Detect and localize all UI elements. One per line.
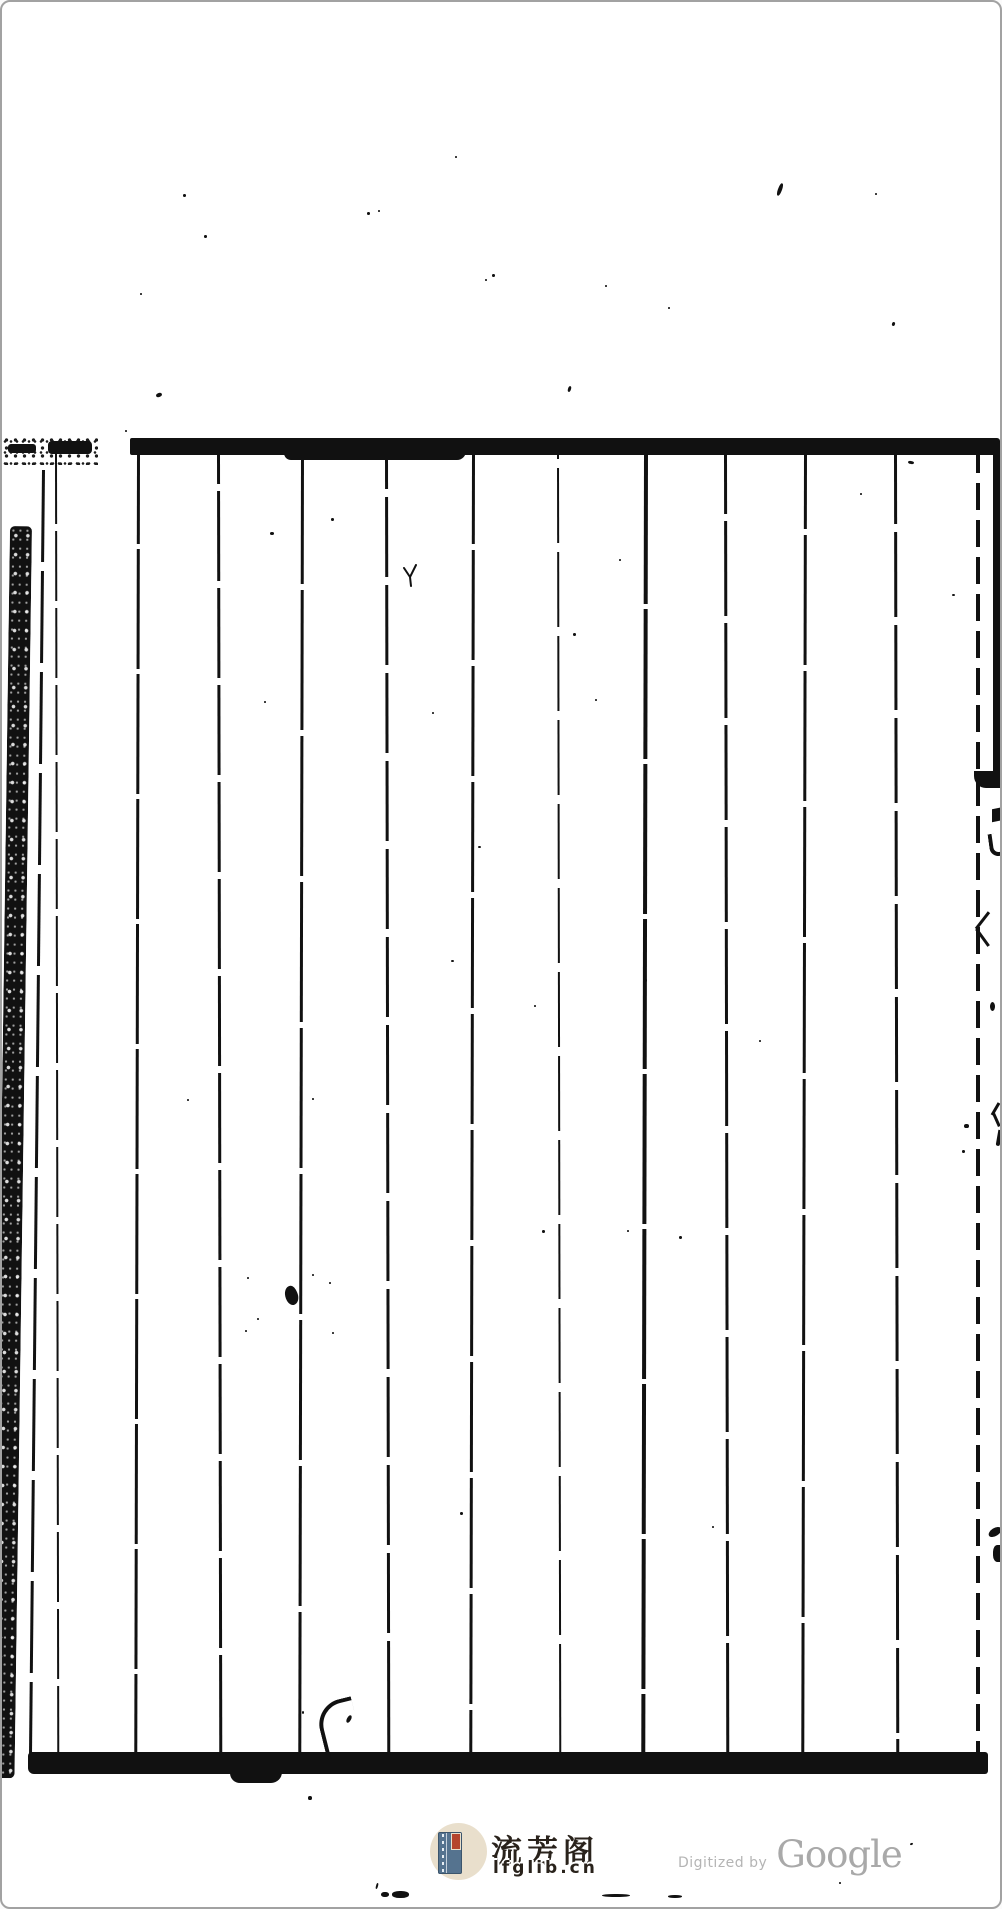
ink-speck	[595, 699, 597, 701]
ink-speck	[187, 1099, 189, 1101]
lfglib-logo-badge	[430, 1823, 487, 1880]
ink-speck	[627, 1230, 629, 1232]
ink-y-mark	[401, 564, 419, 588]
right-margin-fragment	[992, 1113, 1000, 1127]
column-rule	[469, 454, 475, 1754]
frame-border-left-inner-rule	[29, 470, 45, 1758]
ink-speck	[759, 1040, 761, 1042]
ink-speck	[204, 235, 207, 238]
ink-speck	[312, 1098, 314, 1100]
ink-speck	[451, 960, 454, 962]
ink-speck	[875, 193, 877, 195]
column-rule	[134, 454, 140, 1754]
column-rule	[298, 454, 304, 1754]
ink-speck	[679, 1236, 682, 1239]
digitized-by-text: Digitized by	[678, 1855, 767, 1871]
ink-speck	[392, 1891, 409, 1898]
ink-speck	[908, 461, 914, 465]
column-rule	[385, 454, 390, 1754]
ink-speck	[455, 156, 457, 158]
ink-speck	[573, 633, 576, 636]
book-stitch-detail	[442, 1834, 444, 1872]
ink-speck	[962, 1150, 965, 1153]
column-rule	[557, 454, 561, 1754]
frame-border-bottom	[28, 1752, 988, 1774]
column-rule	[894, 454, 899, 1754]
ink-speck	[308, 1796, 312, 1800]
right-margin-hook	[974, 771, 1002, 788]
ink-speck	[645, 979, 647, 982]
frame-border-top-left-smudge	[8, 444, 36, 453]
column-rule	[724, 454, 729, 1754]
ink-speck	[247, 1277, 249, 1279]
frame-border-top	[130, 438, 1000, 455]
ink-speck	[183, 194, 186, 197]
ink-speck	[542, 1230, 545, 1233]
ink-speck	[245, 1330, 247, 1332]
right-margin-fragment	[987, 1525, 1002, 1539]
ink-speck	[432, 712, 434, 714]
ink-speck	[460, 1512, 463, 1515]
book-cover-icon	[438, 1832, 462, 1874]
frame-border-bottom-lump	[230, 1771, 282, 1783]
ink-speck	[668, 307, 670, 309]
right-margin-fragment	[996, 1130, 1002, 1146]
google-digitized-watermark: Digitized by Google	[678, 1836, 902, 1873]
ink-speck	[302, 1711, 304, 1714]
frame-border-left	[0, 526, 32, 1778]
ink-speck	[140, 293, 142, 295]
ink-speck	[668, 1895, 682, 1898]
column-rule	[217, 454, 222, 1754]
ink-speck	[964, 1124, 969, 1128]
ink-speck	[375, 1883, 378, 1889]
ink-speck	[125, 430, 127, 432]
ink-speck	[367, 212, 370, 215]
ink-squiggle	[314, 1696, 364, 1760]
right-margin-strip	[993, 441, 1002, 774]
column-rule	[55, 454, 59, 1754]
ink-speck	[329, 1282, 331, 1284]
ink-speck	[378, 210, 380, 212]
frame-border-top-left-smudge	[48, 441, 92, 454]
book-spine-detail	[446, 1833, 447, 1873]
ink-speck	[712, 1526, 714, 1528]
book-title-label	[452, 1834, 460, 1849]
ink-speck	[332, 1332, 334, 1334]
ink-speck	[910, 1843, 914, 1846]
right-margin-fragment	[992, 807, 1002, 823]
ink-speck	[605, 285, 607, 287]
ink-speck	[952, 594, 955, 596]
ink-speck	[602, 1894, 630, 1897]
ink-speck	[270, 532, 274, 535]
ink-speck	[776, 183, 784, 197]
ink-speck	[839, 1882, 841, 1884]
frame-border-right	[976, 446, 980, 1758]
ink-speck	[492, 274, 495, 277]
ink-speck	[257, 1318, 259, 1320]
right-margin-fragment	[990, 1002, 995, 1011]
scanned-book-page: 流芳阁 lfglib.cn Digitized by Google	[0, 0, 1002, 1909]
right-margin-fragment	[987, 832, 1002, 857]
ink-speck	[485, 279, 487, 281]
right-margin-fragment	[993, 1545, 1002, 1562]
ink-speck	[478, 846, 481, 848]
ink-speck	[264, 701, 266, 703]
google-logo: Google	[776, 1836, 902, 1873]
ink-speck	[331, 518, 334, 521]
ink-speck	[312, 1274, 314, 1276]
ink-speck	[381, 1892, 389, 1897]
frame-border-top-lump	[284, 451, 466, 460]
ink-speck	[619, 559, 621, 561]
ink-speck	[534, 1005, 536, 1007]
ink-speck	[155, 392, 162, 398]
ink-speck	[892, 322, 896, 327]
column-rule	[641, 454, 648, 1754]
ink-speck	[567, 386, 572, 393]
column-rule	[801, 454, 807, 1754]
ink-speck	[860, 493, 862, 495]
lfglib-logo-domain: lfglib.cn	[493, 1858, 598, 1878]
